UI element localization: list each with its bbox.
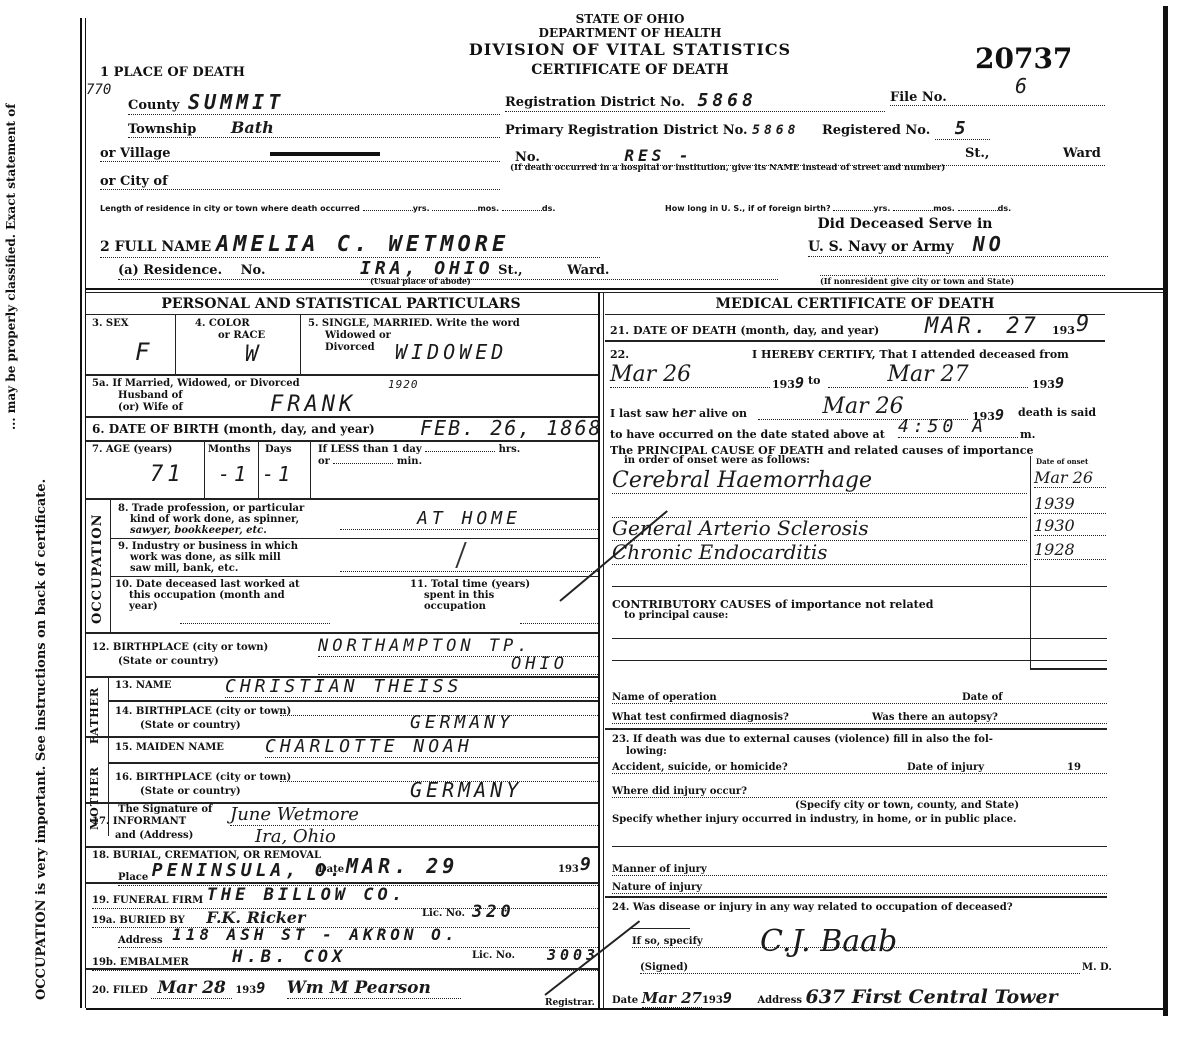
mother-maiden-value[interactable]: CHARLOTTE NOAH bbox=[265, 736, 598, 758]
divider bbox=[86, 440, 598, 442]
divider bbox=[108, 700, 598, 702]
certify-label: I HEREBY CERTIFY, That I attended deceas… bbox=[752, 348, 1069, 361]
divider bbox=[86, 968, 598, 970]
informant-signature[interactable]: June Wetmore bbox=[230, 804, 598, 826]
hospital-note: (If death occurred in a hospital or inst… bbox=[510, 163, 945, 173]
header-division: DIVISION OF VITAL STATISTICS bbox=[380, 40, 880, 59]
race-label-2: or RACE bbox=[218, 330, 265, 341]
form-border-right bbox=[1163, 6, 1168, 1016]
father-birthplace-label-1: 14. BIRTHPLACE (city or town) bbox=[115, 706, 291, 717]
margin-note-outer: ... may be properly classified. Exact st… bbox=[4, 10, 18, 430]
informant-label-3: and (Address) bbox=[115, 830, 193, 841]
accident-label: Accident, suicide, or homicide? bbox=[612, 762, 788, 773]
informant-label-1: The Signature of bbox=[118, 804, 212, 815]
less-label: If LESS than 1 day bbox=[318, 444, 422, 455]
divider bbox=[86, 882, 598, 884]
md-label: M. D. bbox=[1082, 962, 1112, 973]
spouse-note: 1920 bbox=[388, 378, 419, 391]
us-yrs-label: yrs. bbox=[873, 204, 890, 213]
burial-place-value: PENINSULA, O. bbox=[152, 860, 345, 881]
residence-length-label: Length of residence in city or town wher… bbox=[100, 204, 360, 213]
nonresident-field[interactable] bbox=[820, 262, 1105, 276]
total-time-label: 11. Total time (years) spent in this occ… bbox=[410, 579, 530, 612]
ds-label: ds. bbox=[542, 204, 556, 213]
or-label: or bbox=[318, 456, 330, 467]
divider bbox=[612, 586, 1107, 587]
spouse-label-3: (or) Wife of bbox=[118, 402, 183, 413]
physician-date-address[interactable]: Date Mar 271939 Address 637 First Centra… bbox=[612, 986, 1142, 1008]
buried-by-label: 19a. BURIED BY bbox=[92, 915, 185, 926]
occupation-side-label: OCCUPATION bbox=[90, 513, 105, 624]
attended-year-1: 1939 bbox=[772, 374, 808, 392]
trade-label: 8. Trade profession, or particular kind … bbox=[118, 503, 304, 536]
informant-label-2: 17. INFORMANT bbox=[92, 816, 186, 827]
birthplace-label-1: 12. BIRTHPLACE (city or town) bbox=[92, 642, 268, 653]
onset-row-3[interactable]: 1930 bbox=[1034, 516, 1106, 536]
test-field[interactable]: What test confirmed diagnosis? Was there… bbox=[612, 712, 1107, 724]
where-note: (Specify city or town, county, and State… bbox=[795, 800, 1019, 811]
divider bbox=[258, 440, 259, 498]
us-length-label: How long in U. S., if of foreign birth? bbox=[665, 204, 831, 213]
mos-label: mos. bbox=[477, 204, 499, 213]
residence-ward: Ward. bbox=[567, 263, 609, 278]
cause-label-2: in order of onset were as follows: bbox=[624, 455, 810, 466]
signed-field[interactable]: (Signed) bbox=[640, 962, 1080, 974]
primary-registration-value: 5868 bbox=[752, 123, 799, 138]
header-department: DEPARTMENT OF HEALTH bbox=[380, 26, 880, 40]
onset-column-divider bbox=[1030, 456, 1031, 668]
less-than-day-field[interactable]: If LESS than 1 day hrs. bbox=[318, 444, 520, 455]
certify-num: 22. bbox=[610, 348, 629, 361]
funeral-firm-value: THE BILLOW CO. bbox=[207, 885, 406, 905]
sex-value[interactable]: F bbox=[135, 338, 153, 366]
residence-length-field[interactable]: Length of residence in city or town wher… bbox=[100, 204, 555, 213]
race-value[interactable]: W bbox=[245, 342, 262, 367]
nature-label: Nature of injury bbox=[612, 882, 702, 893]
village-label: or Village bbox=[100, 146, 171, 161]
registration-district-field[interactable]: Registration District No. 5868 bbox=[505, 90, 885, 112]
physician-date-year-prefix: 193 bbox=[702, 995, 723, 1006]
attended-year-2: 1939 bbox=[1032, 374, 1068, 392]
days-value[interactable]: -1 bbox=[262, 462, 294, 486]
onset-row-2[interactable]: 1939 bbox=[1034, 494, 1106, 514]
residence-st: St., bbox=[498, 263, 522, 278]
occurred-label: to have occurred on the date stated abov… bbox=[610, 428, 885, 441]
nature-field[interactable]: Nature of injury bbox=[612, 882, 1107, 894]
divider bbox=[175, 314, 176, 374]
m-suffix: m. bbox=[1020, 428, 1035, 441]
total-time-value[interactable] bbox=[520, 614, 598, 624]
external-label-2: lowing: bbox=[626, 746, 667, 757]
registered-no-value[interactable]: 5 bbox=[935, 118, 990, 140]
divider bbox=[110, 538, 598, 539]
burial-date-label: Date bbox=[318, 864, 344, 875]
test-label: What test confirmed diagnosis? bbox=[612, 712, 789, 723]
days-label: Days bbox=[265, 444, 292, 455]
physician-date-value: Mar 27 bbox=[642, 989, 702, 1008]
cause-row-1[interactable]: Cerebral Haemorrhage bbox=[612, 468, 1027, 494]
filed-field[interactable]: 20. FILED Mar 28 1939 Wm M Pearson bbox=[92, 978, 598, 998]
divider bbox=[1030, 668, 1107, 670]
abode-note: (Usual place of abode) bbox=[370, 276, 471, 286]
manner-field[interactable]: Manner of injury bbox=[612, 864, 1107, 876]
ward-label: Ward bbox=[1063, 146, 1101, 161]
funeral-firm-field[interactable]: 19. FUNERAL FIRM THE BILLOW CO. bbox=[92, 888, 598, 909]
father-birthplace-value[interactable]: GERMANY bbox=[410, 712, 514, 733]
stamp-number: 20737 bbox=[975, 42, 1072, 75]
dod-year-prefix: 193 bbox=[1052, 324, 1075, 337]
embalmer-lic-value: 3003 bbox=[547, 946, 599, 964]
divider bbox=[86, 288, 1163, 290]
attended-from-value[interactable]: Mar 26 bbox=[610, 362, 770, 388]
header-state: STATE OF OHIO bbox=[380, 12, 880, 26]
township-field[interactable]: Township Bath bbox=[128, 118, 500, 138]
marital-label-2: Widowed or bbox=[325, 330, 391, 341]
full-name-value: AMELIA C. WETMORE bbox=[216, 232, 509, 257]
us-ds-label: ds. bbox=[998, 204, 1012, 213]
physician-date-year-suffix: 9 bbox=[723, 989, 736, 1007]
divider bbox=[110, 500, 111, 632]
divider bbox=[86, 374, 598, 376]
divider bbox=[86, 846, 598, 848]
father-name-label: 13. NAME bbox=[115, 680, 171, 691]
filed-year-prefix: 193 bbox=[235, 985, 256, 996]
funeral-address-value: 118 ASH ST - AKRON O. bbox=[172, 925, 458, 944]
divider bbox=[310, 440, 311, 498]
divider bbox=[108, 762, 598, 764]
industry-label: 9. Industry or business in which work wa… bbox=[118, 541, 298, 574]
divider bbox=[204, 440, 205, 498]
hrs-label: hrs. bbox=[499, 444, 521, 455]
external-label-1: 23. If death was due to external causes … bbox=[612, 734, 993, 745]
physician-address-value: 637 First Central Tower bbox=[805, 986, 1057, 1009]
last-worked-label: 10. Date deceased last worked at this oc… bbox=[115, 579, 300, 612]
filed-year-suffix: 9 bbox=[256, 979, 269, 997]
full-name-field[interactable]: 2 FULL NAME AMELIA C. WETMORE bbox=[100, 232, 600, 258]
ampm-value: A bbox=[972, 416, 987, 437]
where-injury-label: Where did injury occur? bbox=[612, 786, 747, 797]
dod-label: 21. DATE OF DEATH (month, day, and year) bbox=[610, 324, 879, 337]
death-said-label: death is said bbox=[1018, 406, 1096, 419]
last-saw-her: er bbox=[680, 406, 695, 421]
funeral-firm-label: 19. FUNERAL FIRM bbox=[92, 895, 203, 906]
filed-value: Mar 28 bbox=[151, 978, 231, 999]
city-label: or City of bbox=[100, 174, 168, 189]
min-label: min. bbox=[397, 456, 422, 467]
divider bbox=[86, 498, 598, 500]
occupation-related-answer[interactable] bbox=[630, 928, 690, 929]
village-field[interactable]: or Village bbox=[100, 146, 500, 162]
contributory-line-1[interactable] bbox=[612, 638, 1107, 639]
divider bbox=[605, 728, 1107, 730]
place-of-death-label: 1 PLACE OF DEATH bbox=[100, 65, 245, 80]
dob-label: 6. DATE OF BIRTH (month, day, and year) bbox=[92, 422, 375, 436]
margin-note-inner: OCCUPATION is very important. See instru… bbox=[34, 40, 49, 1000]
contributory-line-2[interactable] bbox=[612, 660, 1107, 661]
physician-date-label: Date bbox=[612, 995, 638, 1006]
funeral-address-field[interactable]: Address 118 ASH ST - AKRON O. bbox=[118, 928, 598, 948]
cause-row-3[interactable]: General Arterio Sclerosis bbox=[612, 516, 1027, 541]
us-mos-label: mos. bbox=[933, 204, 955, 213]
specify-line[interactable] bbox=[612, 846, 1107, 847]
physician-address-label: Address bbox=[757, 995, 802, 1006]
city-field[interactable]: or City of bbox=[100, 174, 500, 190]
column-divider bbox=[603, 292, 604, 1008]
mother-birthplace-value[interactable]: GERMANY bbox=[410, 778, 522, 802]
race-label-1: 4. COLOR bbox=[195, 318, 250, 329]
manner-label: Manner of injury bbox=[612, 864, 707, 875]
nonresident-note: (If nonresident give city or town and St… bbox=[820, 276, 1014, 286]
residence-label: (a) Residence. bbox=[118, 263, 222, 278]
operation-label: Name of operation bbox=[612, 692, 717, 703]
county-label: County bbox=[128, 98, 179, 113]
divider bbox=[110, 576, 598, 577]
time-value[interactable]: 4:50 A bbox=[898, 416, 1018, 438]
residence-no-label: No. bbox=[241, 263, 266, 278]
village-strikeout bbox=[270, 152, 380, 156]
registrar-label: Registrar. bbox=[545, 998, 595, 1008]
trade-value[interactable]: AT HOME bbox=[340, 508, 598, 530]
burial-year-prefix: 193 bbox=[558, 864, 579, 875]
birthplace-state-value[interactable]: OHIO bbox=[318, 654, 598, 675]
dob-value[interactable]: FEB. 26, 1868 bbox=[420, 416, 603, 440]
birthplace-label-2: (State or country) bbox=[118, 656, 219, 667]
marital-value[interactable]: WIDOWED bbox=[395, 340, 507, 364]
onset-row-1[interactable]: Mar 26 bbox=[1034, 468, 1106, 488]
full-name-label: 2 FULL NAME bbox=[100, 239, 211, 255]
file-no-field[interactable]: File No. bbox=[890, 90, 1105, 106]
township-value: Bath bbox=[231, 118, 274, 137]
age-label: 7. AGE (years) bbox=[92, 444, 172, 455]
st-label: St., bbox=[965, 146, 989, 161]
cause-row-2[interactable] bbox=[612, 494, 1027, 518]
dod-value[interactable]: MAR. 27 bbox=[925, 314, 1039, 339]
embalmer-lic-label: Lic. No. bbox=[472, 950, 515, 961]
months-value[interactable]: -1 bbox=[218, 462, 250, 486]
personal-section-title: PERSONAL AND STATISTICAL PARTICULARS bbox=[86, 296, 596, 312]
served-value: NO bbox=[973, 232, 1005, 256]
yrs-label: yrs. bbox=[413, 204, 430, 213]
occupation-related-label: 24. Was disease or injury in any way rel… bbox=[612, 902, 1013, 913]
medical-section-title: MEDICAL CERTIFICATE OF DEATH bbox=[605, 296, 1105, 312]
served-label-2: U. S. Navy or Army bbox=[808, 239, 954, 255]
us-length-field[interactable]: How long in U. S., if of foreign birth? … bbox=[665, 204, 1011, 213]
onset-row-4[interactable]: 1928 bbox=[1034, 540, 1106, 560]
mother-birthplace-label-1: 16. BIRTHPLACE (city or town) bbox=[115, 772, 291, 783]
divider bbox=[86, 292, 1163, 293]
less-min-field[interactable]: or min. bbox=[318, 456, 422, 467]
buried-lic-value: 320 bbox=[472, 902, 515, 922]
burial-year-suffix: 9 bbox=[580, 854, 595, 875]
contributory-label-2: to principal cause: bbox=[624, 610, 728, 621]
served-label-1: Did Deceased Serve in bbox=[780, 216, 1030, 232]
industry-scribble bbox=[455, 542, 524, 568]
column-divider bbox=[598, 292, 600, 1008]
informant-address[interactable]: Ira, Ohio bbox=[255, 826, 336, 847]
embalmer-value: H.B. COX bbox=[232, 947, 346, 967]
autopsy-label: Was there an autopsy? bbox=[872, 712, 998, 723]
if-so-label: If so, specify bbox=[632, 936, 703, 947]
county-field[interactable]: County SUMMIT bbox=[128, 90, 500, 115]
registration-district-value: 5868 bbox=[697, 90, 756, 111]
registered-no-label: Registered No. bbox=[822, 123, 930, 138]
age-value[interactable]: 71 bbox=[150, 462, 185, 487]
signed-label: (Signed) bbox=[640, 962, 688, 973]
spouse-label-1: 5a. If Married, Widowed, or Divorced bbox=[92, 378, 300, 389]
last-worked-value[interactable] bbox=[180, 614, 330, 624]
file-no-label: File No. bbox=[890, 90, 947, 105]
divider bbox=[605, 340, 1105, 342]
father-name-value[interactable]: CHRISTIAN THEISS bbox=[225, 676, 598, 698]
injury-year: 19 bbox=[1067, 762, 1081, 773]
attended-to-label: to bbox=[808, 374, 820, 387]
primary-registration-field[interactable]: Primary Registration District No. 5868 R… bbox=[505, 118, 1105, 139]
form-border-left-inner bbox=[85, 18, 86, 1008]
filed-label: 20. FILED bbox=[92, 985, 148, 996]
registrar-signature: Wm M Pearson bbox=[287, 978, 461, 999]
county-value: SUMMIT bbox=[188, 90, 284, 114]
father-birthplace-label-2: (State or country) bbox=[140, 720, 241, 731]
where-injury-field[interactable]: Where did injury occur? bbox=[612, 786, 1107, 798]
dod-year-suffix[interactable]: 9 bbox=[1076, 312, 1093, 337]
last-saw-field: I last saw her alive on bbox=[610, 406, 747, 421]
operation-field[interactable]: Name of operation Date of bbox=[612, 692, 1107, 704]
buried-lic-label: Lic. No. bbox=[422, 908, 465, 919]
form-border-left bbox=[80, 18, 82, 1008]
specify-label: Specify whether injury occurred in indus… bbox=[612, 814, 1017, 825]
cause-row-4[interactable]: Chronic Endocarditis bbox=[612, 540, 1027, 565]
physician-signature: C.J. Baab bbox=[760, 924, 897, 959]
divider bbox=[300, 314, 301, 374]
funeral-address-label: Address bbox=[118, 935, 163, 946]
divider bbox=[86, 314, 598, 315]
divider bbox=[605, 896, 1107, 898]
months-label: Months bbox=[208, 444, 251, 455]
injury-date-label: Date of injury bbox=[907, 762, 984, 773]
attended-to-value[interactable]: Mar 27 bbox=[828, 362, 1028, 388]
operation-date-label: Date of bbox=[962, 692, 1003, 703]
sex-label: 3. SEX bbox=[92, 318, 129, 329]
mother-birthplace-label-2: (State or country) bbox=[140, 786, 241, 797]
marital-label-3: Divorced bbox=[325, 342, 375, 353]
burial-date-value: MAR. 29 bbox=[346, 854, 458, 878]
township-label: Township bbox=[128, 122, 196, 137]
divider bbox=[86, 632, 598, 634]
registration-district-label: Registration District No. bbox=[505, 95, 685, 110]
county-prefix-note: 770 bbox=[86, 82, 111, 98]
mother-maiden-label: 15. MAIDEN NAME bbox=[115, 742, 224, 753]
page-title: CERTIFICATE OF DEATH bbox=[380, 62, 880, 78]
spouse-label-2: Husband of bbox=[118, 390, 183, 401]
accident-field[interactable]: Accident, suicide, or homicide? Date of … bbox=[612, 762, 1107, 774]
served-field[interactable]: U. S. Navy or Army NO bbox=[808, 232, 1108, 257]
marital-label-1: 5. SINGLE, MARRIED. Write the word bbox=[308, 318, 520, 329]
onset-header: Date of onset bbox=[1036, 457, 1088, 466]
embalmer-label: 19b. EMBALMER bbox=[92, 957, 189, 968]
spouse-value[interactable]: FRANK bbox=[270, 392, 356, 417]
primary-registration-label: Primary Registration District No. bbox=[505, 123, 748, 138]
